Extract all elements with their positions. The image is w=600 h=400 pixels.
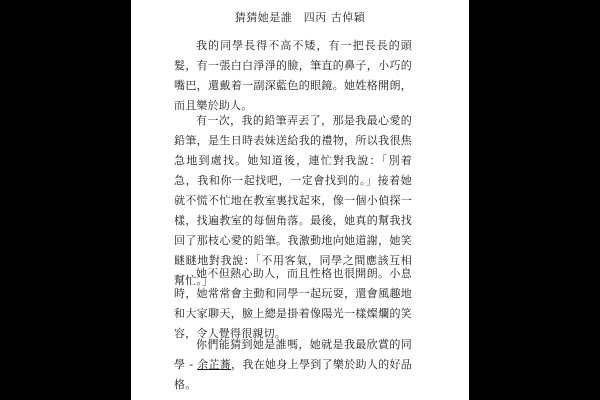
paragraph-3: 她不但熱心助人，而且性格也很開朗。小息時，她常常會主動和同學一起玩耍，還會風趣地… — [174, 264, 412, 344]
document-page: 猜猜她是誰 四丙 古倬穎 我的同學長得不高不矮，有一把長長的頭髮，有一張白白淨淨… — [131, 0, 469, 400]
classmate-name: 余芷蕎 — [197, 358, 231, 371]
document-title: 猜猜她是誰 四丙 古倬穎 — [131, 9, 469, 25]
paragraph-4: 你們能猜到她是誰嗎，她就是我最欣賞的同學 - 余芷蕎，我在她身上學到了樂於助人的… — [174, 335, 412, 395]
paragraph-1: 我的同學長得不高不矮，有一把長長的頭髮，有一張白白淨淨的臉，筆直的鼻子，小巧的嘴… — [174, 36, 412, 116]
